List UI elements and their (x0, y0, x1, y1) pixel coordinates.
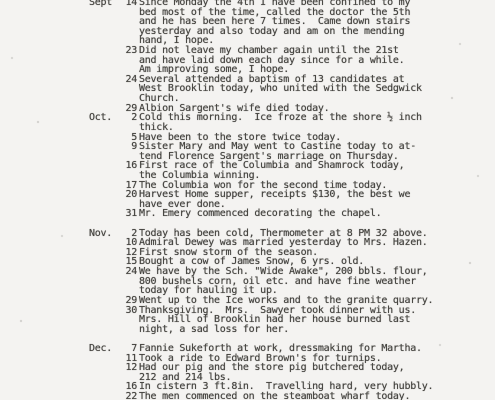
month-label (89, 363, 123, 373)
day-number: 2 (123, 113, 137, 123)
month-label (89, 94, 123, 104)
diary-line: yesterday and also today and am on the m… (0, 27, 433, 37)
month-label (89, 75, 123, 85)
month-label (89, 123, 123, 133)
month-label (89, 296, 123, 306)
month-label (89, 17, 123, 27)
month-label (89, 286, 123, 296)
month-label (89, 325, 123, 335)
day-number (123, 27, 137, 37)
month-label (89, 248, 123, 258)
day-number: 9 (123, 142, 137, 152)
month-label (89, 354, 123, 364)
entry-text: West Brooklin today, who united with the… (139, 84, 422, 94)
day-number: 16 (123, 161, 137, 171)
day-number: 20 (123, 190, 137, 200)
month-label (89, 200, 123, 210)
month-label (89, 257, 123, 267)
month-label (89, 238, 123, 248)
day-number (123, 84, 137, 94)
day-number: 23 (123, 46, 137, 56)
entry-text: Mr. Emery commenced decorating the chape… (139, 209, 381, 219)
month-label (89, 315, 123, 325)
month-label (89, 27, 123, 37)
diary-line: night, a sad loss for her. (0, 325, 433, 335)
day-number (123, 17, 137, 27)
month-label (89, 382, 123, 392)
day-number (123, 8, 137, 18)
month-label (89, 152, 123, 162)
month-label: Oct. (89, 113, 123, 123)
day-number (123, 277, 137, 287)
month-label (89, 142, 123, 152)
day-number: 24 (123, 75, 137, 85)
day-number (123, 315, 137, 325)
month-label (89, 133, 123, 143)
day-number: 12 (123, 363, 137, 373)
day-number: 31 (123, 209, 137, 219)
month-label (89, 36, 123, 46)
diary-text-block: Sept14Since Monday the 4th I have been c… (0, 0, 433, 400)
month-label: Sept (89, 0, 123, 8)
month-label (89, 8, 123, 18)
month-label (89, 171, 123, 181)
day-number (123, 325, 137, 335)
diary-line: 22The men commenced on the steamboat wha… (0, 392, 433, 400)
month-label (89, 84, 123, 94)
month-label (89, 209, 123, 219)
month-label (89, 65, 123, 75)
day-number: 24 (123, 267, 137, 277)
diary-line: West Brooklin today, who united with the… (0, 84, 433, 94)
month-label (89, 46, 123, 56)
month-label (89, 373, 123, 383)
diary-line: 31Mr. Emery commenced decorating the cha… (0, 209, 433, 219)
month-label (89, 190, 123, 200)
day-number: 14 (123, 0, 137, 8)
month-label: Nov. (89, 229, 123, 239)
month-label (89, 392, 123, 400)
month-label: Dec. (89, 344, 123, 354)
entry-text: night, a sad loss for her. (139, 325, 289, 335)
entry-text: Cold this morning. Ice froze at the shor… (139, 113, 422, 123)
month-label (89, 277, 123, 287)
month-label (89, 267, 123, 277)
diary-page: Sept14Since Monday the 4th I have been c… (0, 0, 495, 400)
month-label (89, 306, 123, 316)
month-label (89, 181, 123, 191)
diary-line: Oct.2Cold this morning. Ice froze at the… (0, 113, 433, 123)
entry-text: The men commenced on the steamboat wharf… (139, 392, 410, 400)
day-number: 22 (123, 392, 137, 400)
day-number (123, 56, 137, 66)
month-label (89, 161, 123, 171)
month-label (89, 56, 123, 66)
day-number: 30 (123, 306, 137, 316)
